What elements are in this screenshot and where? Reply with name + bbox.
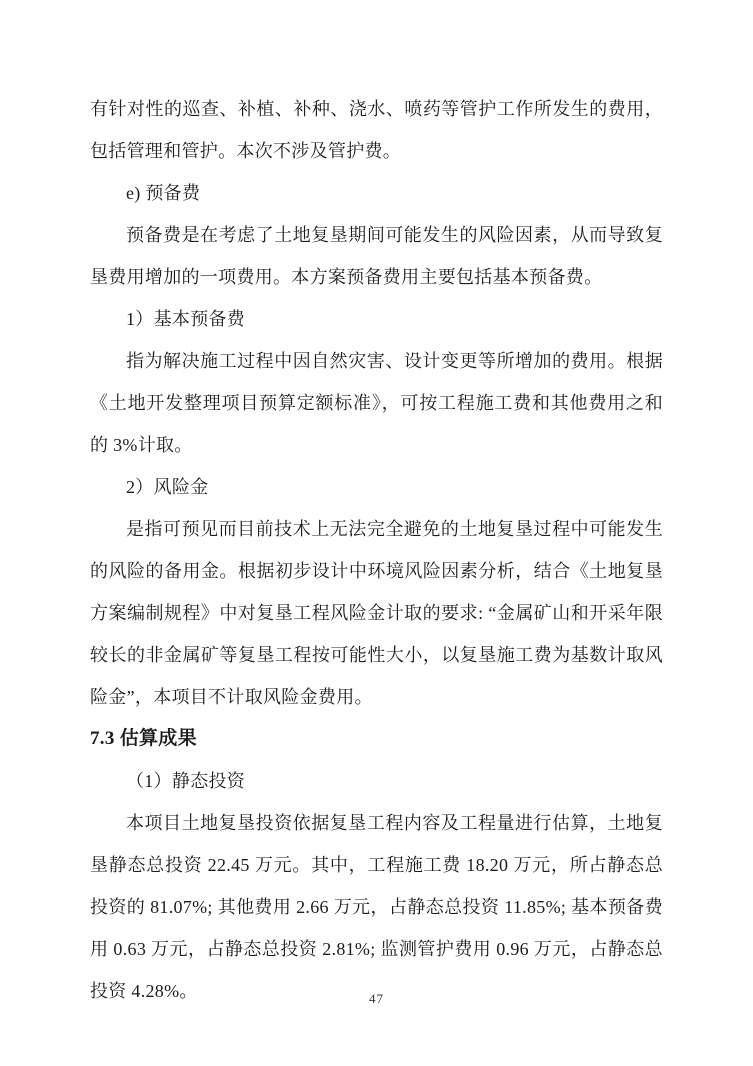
paragraph-management-fee-continuation: 有针对性的巡查、补植、补种、浇水、喷药等管护工作所发生的费用，包括管理和管护。本… (90, 88, 663, 172)
section-heading-estimation-results: 7.3 估算成果 (90, 718, 663, 760)
document-body: 有针对性的巡查、补植、补种、浇水、喷药等管护工作所发生的费用，包括管理和管护。本… (90, 88, 663, 1012)
document-page: 有针对性的巡查、补植、补种、浇水、喷药等管护工作所发生的费用，包括管理和管护。本… (0, 0, 753, 1066)
item-label-risk-fund: 2）风险金 (90, 466, 663, 508)
page-number: 47 (369, 991, 384, 1006)
paragraph-basic-reserve-fee-description: 指为解决施工过程中因自然灾害、设计变更等所增加的费用。根据《土地开发整理项目预算… (90, 340, 663, 466)
item-label-static-investment: （1）静态投资 (90, 760, 663, 802)
paragraph-reserve-fee-description: 预备费是在考虑了土地复垦期间可能发生的风险因素，从而导致复垦费用增加的一项费用。… (90, 214, 663, 298)
paragraph-static-investment-description: 本项目土地复垦投资依据复垦工程内容及工程量进行估算，土地复垦静态总投资 22.4… (90, 802, 663, 1012)
page-footer: 47 (0, 990, 753, 1008)
item-label-reserve-fee: e) 预备费 (90, 172, 663, 214)
item-label-basic-reserve-fee: 1）基本预备费 (90, 298, 663, 340)
paragraph-risk-fund-description: 是指可预见而目前技术上无法完全避免的土地复垦过程中可能发生的风险的备用金。根据初… (90, 508, 663, 718)
